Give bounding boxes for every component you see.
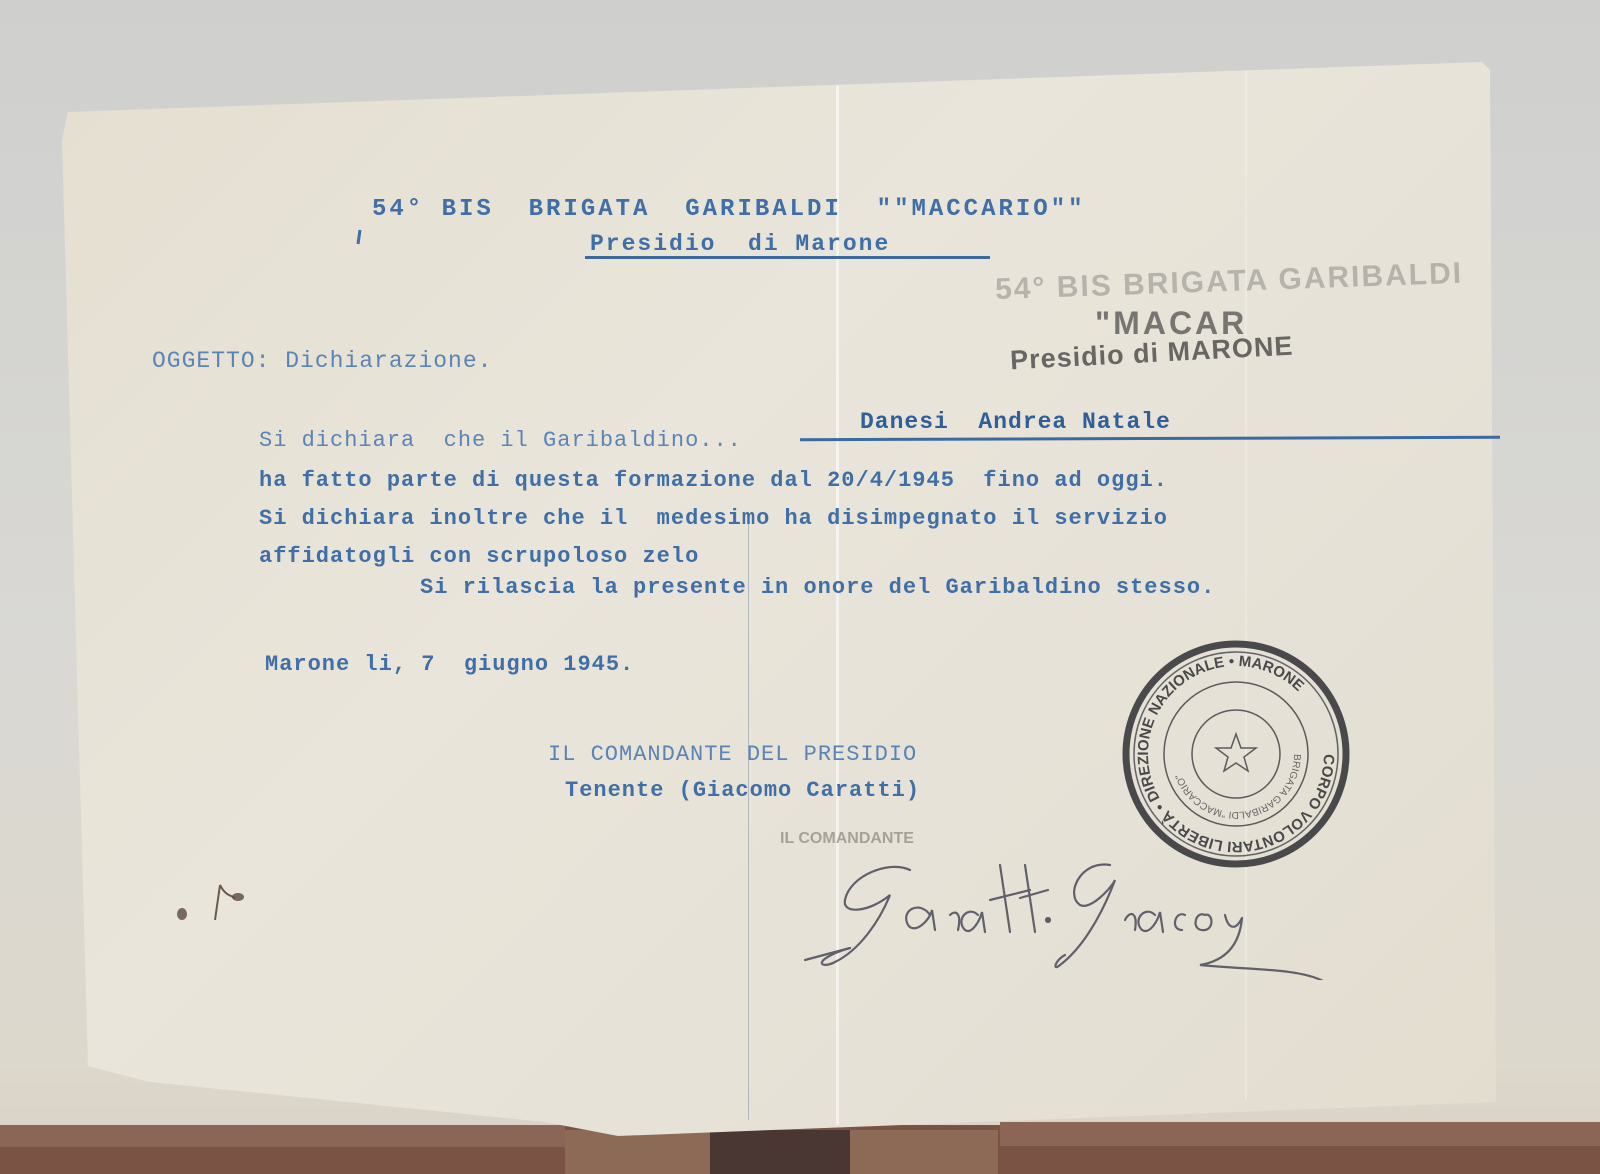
handwritten-signature-icon	[780, 820, 1340, 980]
shelf-gap	[710, 1130, 850, 1174]
shelf-edge-left	[0, 1125, 565, 1147]
commander-name: Tenente (Giacomo Caratti)	[565, 778, 920, 803]
paper-crease	[748, 520, 749, 1120]
body-line-5: Si rilascia la presente in onore del Gar…	[420, 575, 1215, 600]
brigade-header: 54° BIS BRIGATA GARIBALDI ""MACCARIO""	[372, 196, 1086, 223]
commander-title: IL COMANDANTE DEL PRESIDIO	[548, 742, 917, 767]
shelf-block	[565, 1130, 710, 1174]
body-line-2: ha fatto parte di questa formazione dal …	[259, 468, 1168, 493]
shelf-block	[850, 1130, 998, 1174]
subject-line: OGGETTO: Dichiarazione.	[152, 348, 492, 374]
body-line-1: Si dichiara che il Garibaldino...	[259, 428, 742, 453]
header-underline	[585, 256, 990, 259]
body-line-4: affidatogli con scrupoloso zelo	[259, 544, 699, 569]
shelf-edge-right	[1000, 1122, 1600, 1146]
ink-comma-icon	[352, 228, 366, 248]
place-date: Marone li, 7 giugno 1945.	[265, 652, 634, 677]
body-line-3: Si dichiara inoltre che il medesimo ha d…	[259, 506, 1168, 531]
presidio-header: Presidio di Marone	[590, 231, 890, 257]
garibaldino-name: Danesi Andrea Natale	[860, 409, 1171, 435]
ink-blot-icon	[170, 880, 260, 940]
